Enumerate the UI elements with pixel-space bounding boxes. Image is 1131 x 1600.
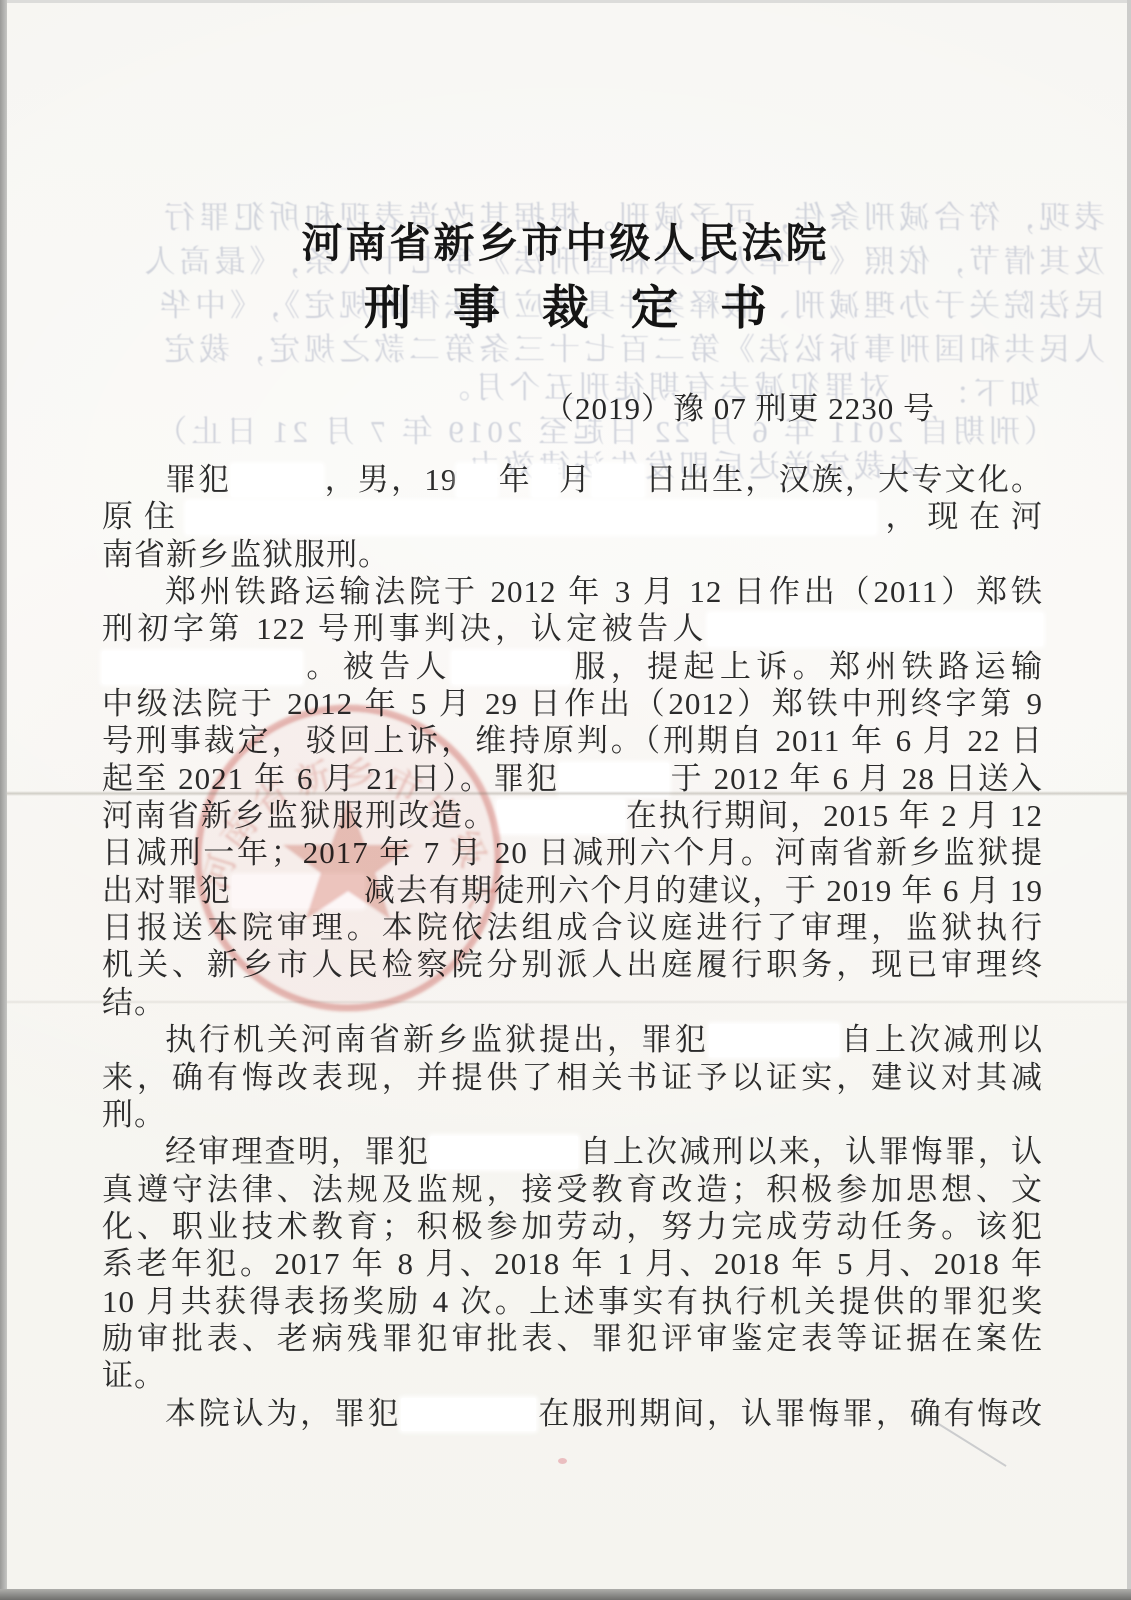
- body-line: 南省新乡监狱服刑。: [102, 536, 1043, 573]
- body-line: 刑。: [102, 1096, 1043, 1133]
- redaction-whiteout: [709, 1024, 839, 1057]
- body-line: 10 月共获得表扬奖励 4 次。上述事实有执行机关提供的罪犯奖: [102, 1283, 1043, 1320]
- body-line: 本院认为，罪犯在服刑期间，认罪悔罪，确有悔改: [102, 1395, 1043, 1432]
- body-line: 证。: [102, 1357, 1043, 1394]
- body-line: 原住，现在河: [102, 498, 1043, 535]
- body-line: 来，确有悔改表现，并提供了相关书证予以证实，建议对其减: [102, 1059, 1043, 1096]
- scan-edge-right: [1127, 0, 1131, 1600]
- scanned-document-page: 表现，符合减刑条件，可予减刑。根据其改造表现和所犯罪行及其情节，依照《中华人民共…: [0, 0, 1131, 1600]
- scan-edge-bottom: [0, 1589, 1131, 1600]
- body-line: 化、职业技术教育；积极参加劳动，努力完成劳动任务。该犯: [102, 1208, 1043, 1245]
- paper-fold-crease-faint: [0, 1000, 1131, 1004]
- seal-graphics: 河南省新乡市中级人民法院: [152, 668, 502, 1008]
- body-line: 励审批表、老病残罪犯审批表、罪犯评审鉴定表等证据在案佐: [102, 1320, 1043, 1357]
- court-name-title: 河南省新乡市中级人民法院: [0, 210, 1131, 269]
- body-line: 经审理查明，罪犯自上次减刑以来，认罪悔罪，认: [102, 1133, 1043, 1170]
- body-line: 罪犯，男，19年月日出生，汉族，大专文化。: [102, 461, 1043, 498]
- redaction-whiteout: [457, 464, 497, 497]
- redaction-whiteout: [186, 501, 876, 534]
- redaction-whiteout: [708, 613, 1043, 646]
- body-line: 郑州铁路运输法院于 2012 年 3 月 12 日作出（2011）郑铁: [102, 573, 1043, 610]
- paper-fold-crease: [0, 791, 1131, 796]
- body-line: 真遵守法律、法规及监规，接受教育改造；积极参加思想、文: [102, 1171, 1043, 1208]
- scan-edge-left: [0, 0, 7, 1600]
- redaction-whiteout: [592, 464, 644, 497]
- redaction-whiteout: [532, 464, 558, 497]
- redaction-whiteout: [401, 1398, 536, 1431]
- scan-edge-top: [0, 0, 1131, 3]
- redaction-whiteout: [231, 464, 323, 497]
- red-ink-speck: [558, 1458, 567, 1464]
- body-line: 刑初字第 122 号刑事判决，认定被告人: [102, 610, 1043, 647]
- body-line: 系老年犯。2017 年 8 月、2018 年 1 月、2018 年 5 月、20…: [102, 1245, 1043, 1282]
- document-type-title: 刑事裁定书: [0, 271, 1131, 338]
- case-number: （2019）豫 07 刑更 2230 号: [543, 383, 935, 428]
- redaction-whiteout: [430, 1136, 578, 1169]
